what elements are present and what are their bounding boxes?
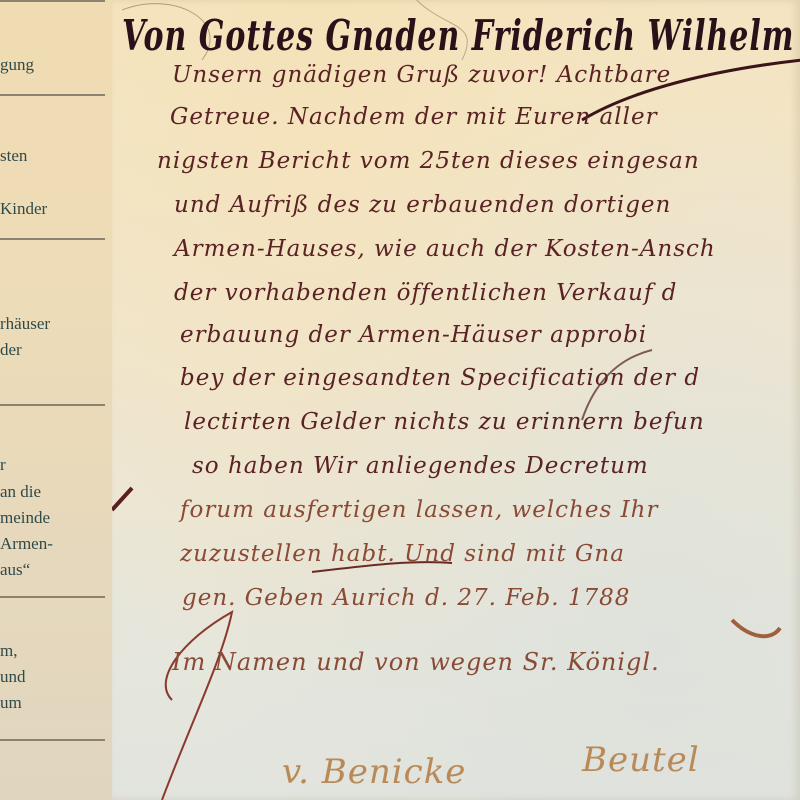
caption-text-line: gung [0, 52, 34, 78]
caption-divider [0, 739, 105, 741]
decree-heading: Von Gottes Gnaden Friderich Wilhelm Köni… [122, 12, 800, 61]
caption-text-line: r [0, 452, 6, 478]
decree-text-line: zuzustellen habt. Und sind mit Gna [180, 541, 625, 567]
caption-text-line: m, [0, 638, 17, 664]
caption-divider [0, 596, 105, 598]
photo-scene: gungstenKinderrhäuserderran diemeindeArm… [0, 0, 800, 800]
caption-text-line: rhäuser [0, 311, 50, 337]
decree-text-line: bey der eingesandten Specification der d [180, 365, 700, 391]
closing-line: Im Namen und von wegen Sr. Königl. [172, 648, 660, 676]
caption-text-line: meinde [0, 505, 50, 531]
decree-text-line: und Aufriß des zu erbauenden dortigen [174, 192, 671, 218]
caption-text-line: Armen- [0, 531, 53, 557]
decree-text-line: gen. Geben Aurich d. 27. Feb. 1788 [182, 585, 630, 611]
decree-text-line: nigsten Bericht vom 25ten dieses eingesa… [157, 148, 700, 174]
signature-beutel: Beutel [582, 740, 700, 780]
caption-divider [0, 94, 105, 96]
caption-text-line: an die [0, 479, 41, 505]
decree-text-line: der vorhabenden öffentlichen Verkauf d [174, 280, 677, 306]
caption-text-line: aus“ [0, 557, 30, 583]
caption-text-line: um [0, 690, 22, 716]
caption-divider [0, 0, 105, 2]
decree-text-line: Armen-Hauses, wie auch der Kosten-Ansch [174, 236, 716, 262]
decree-text-line: forum ausfertigen lassen, welches Ihr [180, 497, 658, 523]
decree-text-line: so haben Wir anliegendes Decretum [192, 453, 649, 479]
caption-text-line: sten [0, 143, 27, 169]
caption-text-line: Kinder [0, 196, 47, 222]
decree-text-line: Getreue. Nachdem der mit Euren aller [170, 104, 658, 130]
decree-text-line: Unsern gnädigen Gruß zuvor! Achtbare [172, 62, 671, 88]
signature-benicke: v. Benicke [282, 752, 466, 792]
caption-divider [0, 238, 105, 240]
museum-caption-panel: gungstenKinderrhäuserderran diemeindeArm… [0, 0, 112, 800]
caption-text-line: und [0, 664, 26, 690]
caption-divider [0, 404, 105, 406]
handwritten-decree: Von Gottes Gnaden Friderich Wilhelm Köni… [112, 0, 800, 800]
decree-text-line: lectirten Gelder nichts zu erinnern befu… [184, 409, 705, 435]
caption-text-line: der [0, 337, 22, 363]
decree-text-line: erbauung der Armen-Häuser approbi [180, 322, 647, 348]
